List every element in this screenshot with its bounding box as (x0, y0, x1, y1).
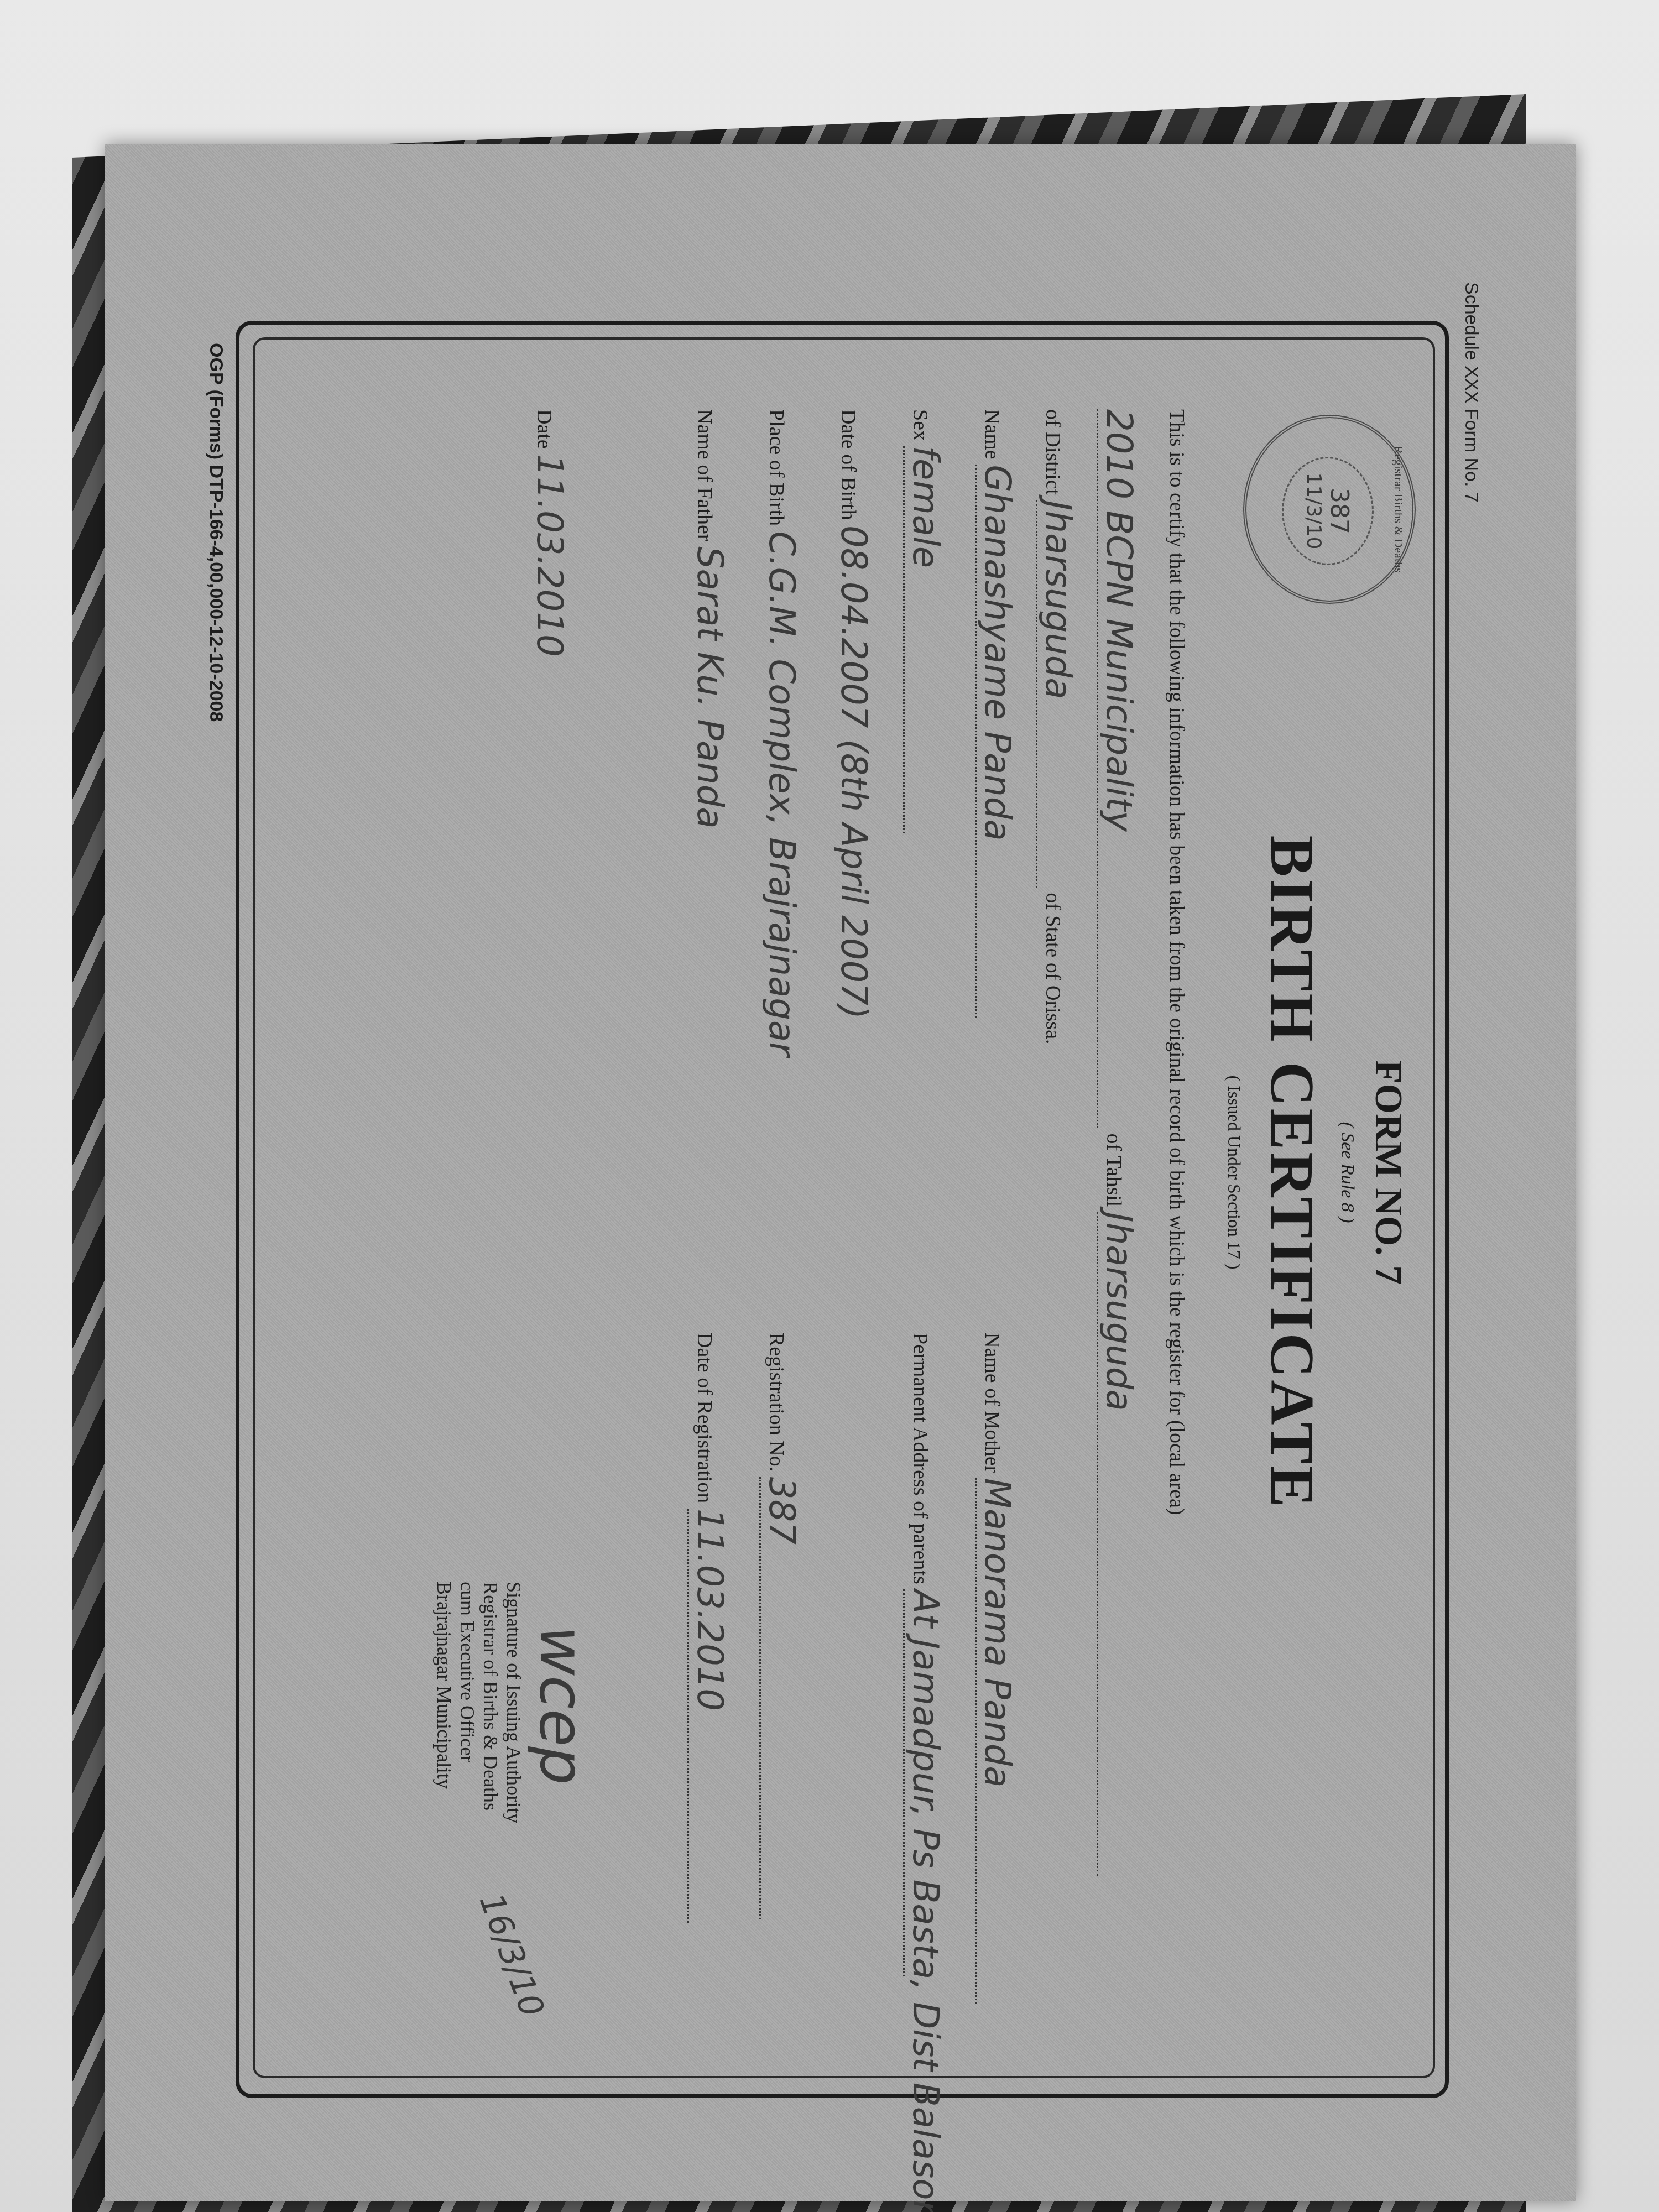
district-label: of District (1041, 409, 1065, 495)
issuing-authority-block: Signature of Issuing Authority Registrar… (432, 1582, 525, 1823)
dob-line: Date of Birth 08.04.2007 (8th April 2007… (833, 409, 874, 1019)
birth-certificate-paper: Schedule XXX Form No. 7 Registrar Births… (105, 144, 1576, 2201)
regdate-line: Date of Registration 11.03.2010 (687, 1333, 730, 1923)
sig-line-2: Registrar of Births & Deaths (479, 1582, 502, 1823)
pob-label: Place of Birth (765, 409, 788, 526)
date-label: Date (533, 409, 556, 449)
local-area-value: 2010 BCPN Municipality (1097, 409, 1139, 1128)
mother-line: Name of Mother Manorama Panda (975, 1333, 1018, 2004)
schedule-label: Schedule XXX Form No. 7 (1460, 282, 1482, 503)
certify-statement: This is to certify that the following in… (1165, 409, 1189, 1515)
district-line: of District Jharsuguda of State of Oriss… (1036, 409, 1078, 1045)
sex-value: female (903, 446, 946, 833)
regno-label: Registration No. (765, 1333, 788, 1472)
section-reference: ( Issued Under Section 17 ) (1224, 144, 1244, 2201)
dob-label: Date of Birth (837, 409, 860, 520)
father-label: Name of Father (693, 409, 716, 541)
address-value: At Jamadpur, Ps Basta, Dist Balasore (903, 1589, 946, 1976)
mother-value: Manorama Panda (975, 1478, 1018, 2004)
sig-line-1: Signature of Issuing Authority (502, 1582, 525, 1823)
footer-print-code: OGP (Forms) DTP-166-4,00,000-12-10-2008 (205, 343, 227, 722)
form-number: FORM NO. 7 (1366, 144, 1410, 2201)
date-line: Date 11.03.2010 (529, 409, 570, 657)
sex-line: Sex female (903, 409, 946, 833)
date-value: 11.03.2010 (529, 454, 570, 656)
regdate-label: Date of Registration (693, 1333, 716, 1503)
regno-value: 387 (759, 1477, 802, 1919)
mother-label: Name of Mother (980, 1333, 1004, 1473)
tahsil-value: Jharsuguda (1097, 1212, 1139, 1876)
pob-value: C.G.M. Complex, Brajrajnagar (761, 531, 802, 1057)
regno-line: Registration No. 387 (759, 1333, 802, 1919)
state-label: of State of Orissa. (1041, 893, 1065, 1044)
address-line: Permanent Address of parents At Jamadpur… (903, 1333, 946, 1976)
certificate-title: BIRTH CERTIFICATE (1256, 144, 1327, 2201)
rotated-document: Schedule XXX Form No. 7 Registrar Births… (105, 144, 1576, 2201)
rule-reference: ( See Rule 8 ) (1337, 144, 1358, 2201)
district-value: Jharsuguda (1036, 500, 1078, 888)
sex-label: Sex (909, 409, 932, 441)
regdate-value: 11.03.2010 (687, 1509, 730, 1923)
local-area-line: 2010 BCPN Municipality of Tahsil Jharsug… (1097, 409, 1139, 1876)
signature-scrawl: wcep (526, 1626, 597, 1785)
dob-value: 08.04.2007 (8th April 2007) (833, 525, 874, 1019)
name-value: Ghanashyame Panda (975, 465, 1018, 1018)
pob-line: Place of Birth C.G.M. Complex, Brajrajna… (761, 409, 802, 1056)
address-label: Permanent Address of parents (909, 1333, 932, 1584)
name-line: Name Ghanashyame Panda (975, 409, 1018, 1018)
father-line: Name of Father Sarat Ku. Panda (689, 409, 730, 829)
name-label: Name (980, 409, 1004, 460)
sig-line-3: cum Executive Officer (456, 1582, 479, 1823)
father-value: Sarat Ku. Panda (689, 546, 730, 829)
tahsil-label: of Tahsil (1102, 1134, 1125, 1207)
sig-line-4: Brajrajnagar Municipality (432, 1582, 456, 1823)
